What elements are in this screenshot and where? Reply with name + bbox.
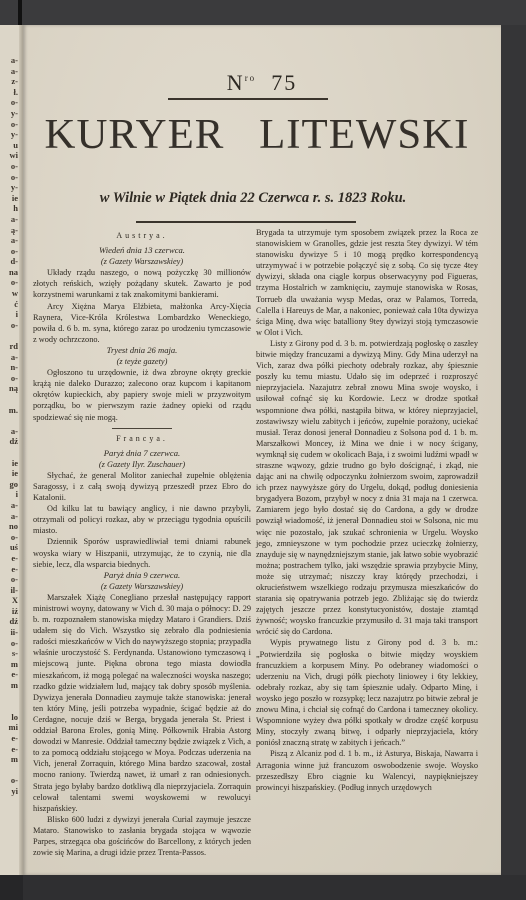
source-line: (z Gazety Ilyr. Zuschauer)	[33, 459, 251, 470]
previous-page-line-fragment	[9, 691, 18, 702]
previous-page-line-fragment: mi	[9, 722, 18, 733]
article-paragraph: Brygada ta utrzymuje tym sposobem związe…	[256, 227, 478, 338]
issue-dateline: w Wilnie w Piątek dnia 22 Czerwca r. s. …	[23, 190, 483, 207]
previous-page-line-fragment: i	[9, 309, 18, 320]
previous-page-line-fragment: o-	[9, 246, 18, 257]
previous-page-line-fragment: m.	[9, 405, 18, 416]
number-prefix: N	[227, 70, 245, 95]
newspaper-title: KURYERLITEWSKI	[33, 112, 482, 158]
previous-page-line-fragment: o-	[9, 97, 18, 108]
previous-page-line-fragment: o-	[9, 775, 18, 786]
previous-page-line-fragment: o-	[9, 172, 18, 183]
previous-page-line-fragment	[9, 765, 18, 776]
article-paragraph: Ogłoszono tu urzędownie, iż dwa zbroyne …	[33, 367, 251, 422]
title-word-kuryer: KURYER	[45, 112, 225, 158]
previous-page-line-fragment: il-	[9, 585, 18, 596]
article-paragraph: Arcy Xiężna Marya Elżbieta, małżonka Arc…	[33, 301, 251, 345]
viewer-right-border	[501, 25, 526, 900]
previous-page-line-fragment: y-	[9, 129, 18, 140]
previous-page-strip: a-a-z-ł.o-y-o-y-uwio-o-y-ieha-ą-a-o-d-na…	[0, 25, 23, 880]
article-paragraph: Dziennik Sporów usprawiedliwiał temi dni…	[33, 536, 251, 569]
previous-page-line-fragment: m	[9, 659, 18, 670]
section-divider	[112, 428, 172, 429]
previous-page-line-fragment: y-	[9, 182, 18, 193]
newspaper-page: Nro 75 KURYERLITEWSKI w Wilnie w Piątek …	[23, 25, 501, 875]
previous-page-line-fragment: iź	[9, 606, 18, 617]
previous-page-line-fragment: dź	[9, 616, 18, 627]
previous-page-line-fragment: a-	[9, 55, 18, 66]
section-heading-austria: Austrya.	[33, 230, 251, 241]
previous-page-line-fragment: e-	[9, 669, 18, 680]
dateline-trieste: Tryest dnia 26 maja.	[33, 345, 251, 356]
article-paragraph: Wypis prywatnego listu z Girony pod d. 3…	[256, 637, 478, 748]
previous-page-line-fragment: e-	[9, 553, 18, 564]
viewer-top-bar	[0, 0, 526, 25]
viewer-bottom-bar	[0, 875, 526, 900]
previous-page-line-fragment: a-	[9, 511, 18, 522]
previous-page-line-ends: a-a-z-ł.o-y-o-y-uwio-o-y-ieha-ą-a-o-d-na…	[9, 55, 18, 797]
dateline-paris: Paryż dnia 7 czerwca.	[33, 448, 251, 459]
previous-page-line-fragment: m	[9, 754, 18, 765]
section-heading-france: Francya.	[33, 433, 251, 444]
left-column: Austrya. Wiedeń dnia 13 czerwca. (z Gaze…	[33, 228, 251, 858]
previous-page-line-fragment: ie	[9, 458, 18, 469]
previous-page-line-fragment: o-	[9, 161, 18, 172]
previous-page-line-fragment: uś	[9, 542, 18, 553]
article-paragraph: Od kilku lat tu bawiący anglicy, i nie d…	[33, 503, 251, 536]
previous-page-line-fragment: X	[9, 595, 18, 606]
article-paragraph: Blisko 600 ludzi z dywizyi jenerała Curi…	[33, 814, 251, 858]
previous-page-line-fragment: o-	[9, 320, 18, 331]
previous-page-line-fragment: ii-	[9, 627, 18, 638]
source-line: (z teyże gazety)	[33, 356, 251, 367]
previous-page-line-fragment: ną	[9, 383, 18, 394]
previous-page-line-fragment: ie	[9, 193, 18, 204]
previous-page-line-fragment: e-	[9, 744, 18, 755]
previous-page-line-fragment: o-	[9, 574, 18, 585]
previous-page-line-fragment: o-	[9, 373, 18, 384]
previous-page-line-fragment: ie	[9, 468, 18, 479]
previous-page-line-fragment: na	[9, 267, 18, 278]
previous-page-line-fragment: ą-	[9, 225, 18, 236]
previous-page-line-fragment	[9, 447, 18, 458]
previous-page-line-fragment: d-	[9, 256, 18, 267]
previous-page-line-fragment: o-	[9, 638, 18, 649]
previous-page-line-fragment: ł.	[9, 87, 18, 98]
previous-page-line-fragment	[9, 701, 18, 712]
previous-page-line-fragment: wi	[9, 150, 18, 161]
masthead-rule-bottom	[136, 221, 356, 223]
previous-page-line-fragment: o-	[9, 119, 18, 130]
previous-page-line-fragment: go	[9, 479, 18, 490]
previous-page-line-fragment: a-	[9, 426, 18, 437]
previous-page-line-fragment: i	[9, 489, 18, 500]
source-line: (z Gazety Warszawskiey)	[33, 581, 251, 592]
number-superscript: ro	[245, 73, 257, 83]
previous-page-line-fragment: yi	[9, 786, 18, 797]
issue-number: Nro 75	[23, 70, 501, 96]
previous-page-line-fragment: u	[9, 140, 18, 151]
previous-page-line-fragment: a-	[9, 214, 18, 225]
previous-page-line-fragment: lo	[9, 712, 18, 723]
previous-page-line-fragment: o-	[9, 277, 18, 288]
masthead-rule-top	[168, 98, 328, 100]
article-paragraph: Układy rządu naszego, o nową pożyczkę 30…	[33, 267, 251, 300]
previous-page-line-fragment: dź	[9, 436, 18, 447]
previous-page-line-fragment: a-	[9, 500, 18, 511]
article-paragraph: Piszą z Alcaniz pod d. 1 b. m., iż Astur…	[256, 748, 478, 792]
previous-page-line-fragment: h	[9, 203, 18, 214]
previous-page-line-fragment: a-	[9, 66, 18, 77]
previous-page-line-fragment: z-	[9, 76, 18, 87]
dateline-paris: Paryż dnia 9 czerwca.	[33, 570, 251, 581]
previous-page-line-fragment: a-	[9, 235, 18, 246]
title-word-litewski: LITEWSKI	[259, 112, 469, 158]
previous-page-line-fragment: e-	[9, 733, 18, 744]
previous-page-line-fragment	[9, 415, 18, 426]
book-spine-shadow	[18, 0, 22, 25]
previous-page-line-fragment: a-	[9, 352, 18, 363]
article-paragraph: Listy z Girony pod d. 3 b. m. potwierdza…	[256, 338, 478, 638]
previous-page-line-fragment	[9, 394, 18, 405]
previous-page-line-fragment: s-	[9, 648, 18, 659]
previous-page-line-fragment: ć	[9, 299, 18, 310]
previous-page-line-fragment: o-	[9, 532, 18, 543]
previous-page-line-fragment: w	[9, 288, 18, 299]
previous-page-line-fragment: no	[9, 521, 18, 532]
previous-page-line-fragment: rd	[9, 341, 18, 352]
article-paragraph: Marszałek Xiążę Conegliano przesłał nast…	[33, 592, 251, 814]
number-value: 75	[271, 70, 297, 95]
right-column: Brygada ta utrzymuje tym sposobem związe…	[256, 227, 478, 793]
previous-page-line-fragment	[9, 330, 18, 341]
previous-page-line-fragment: y-	[9, 108, 18, 119]
previous-page-line-fragment: e-	[9, 564, 18, 575]
dateline-vienna: Wiedeń dnia 13 czerwca.	[33, 245, 251, 256]
previous-page-line-fragment: m	[9, 680, 18, 691]
article-paragraph: Słychać, że general Molitor zaniechał zu…	[33, 470, 251, 503]
previous-page-line-fragment: n-	[9, 362, 18, 373]
source-line: (z Gazety Warszawskiey)	[33, 256, 251, 267]
